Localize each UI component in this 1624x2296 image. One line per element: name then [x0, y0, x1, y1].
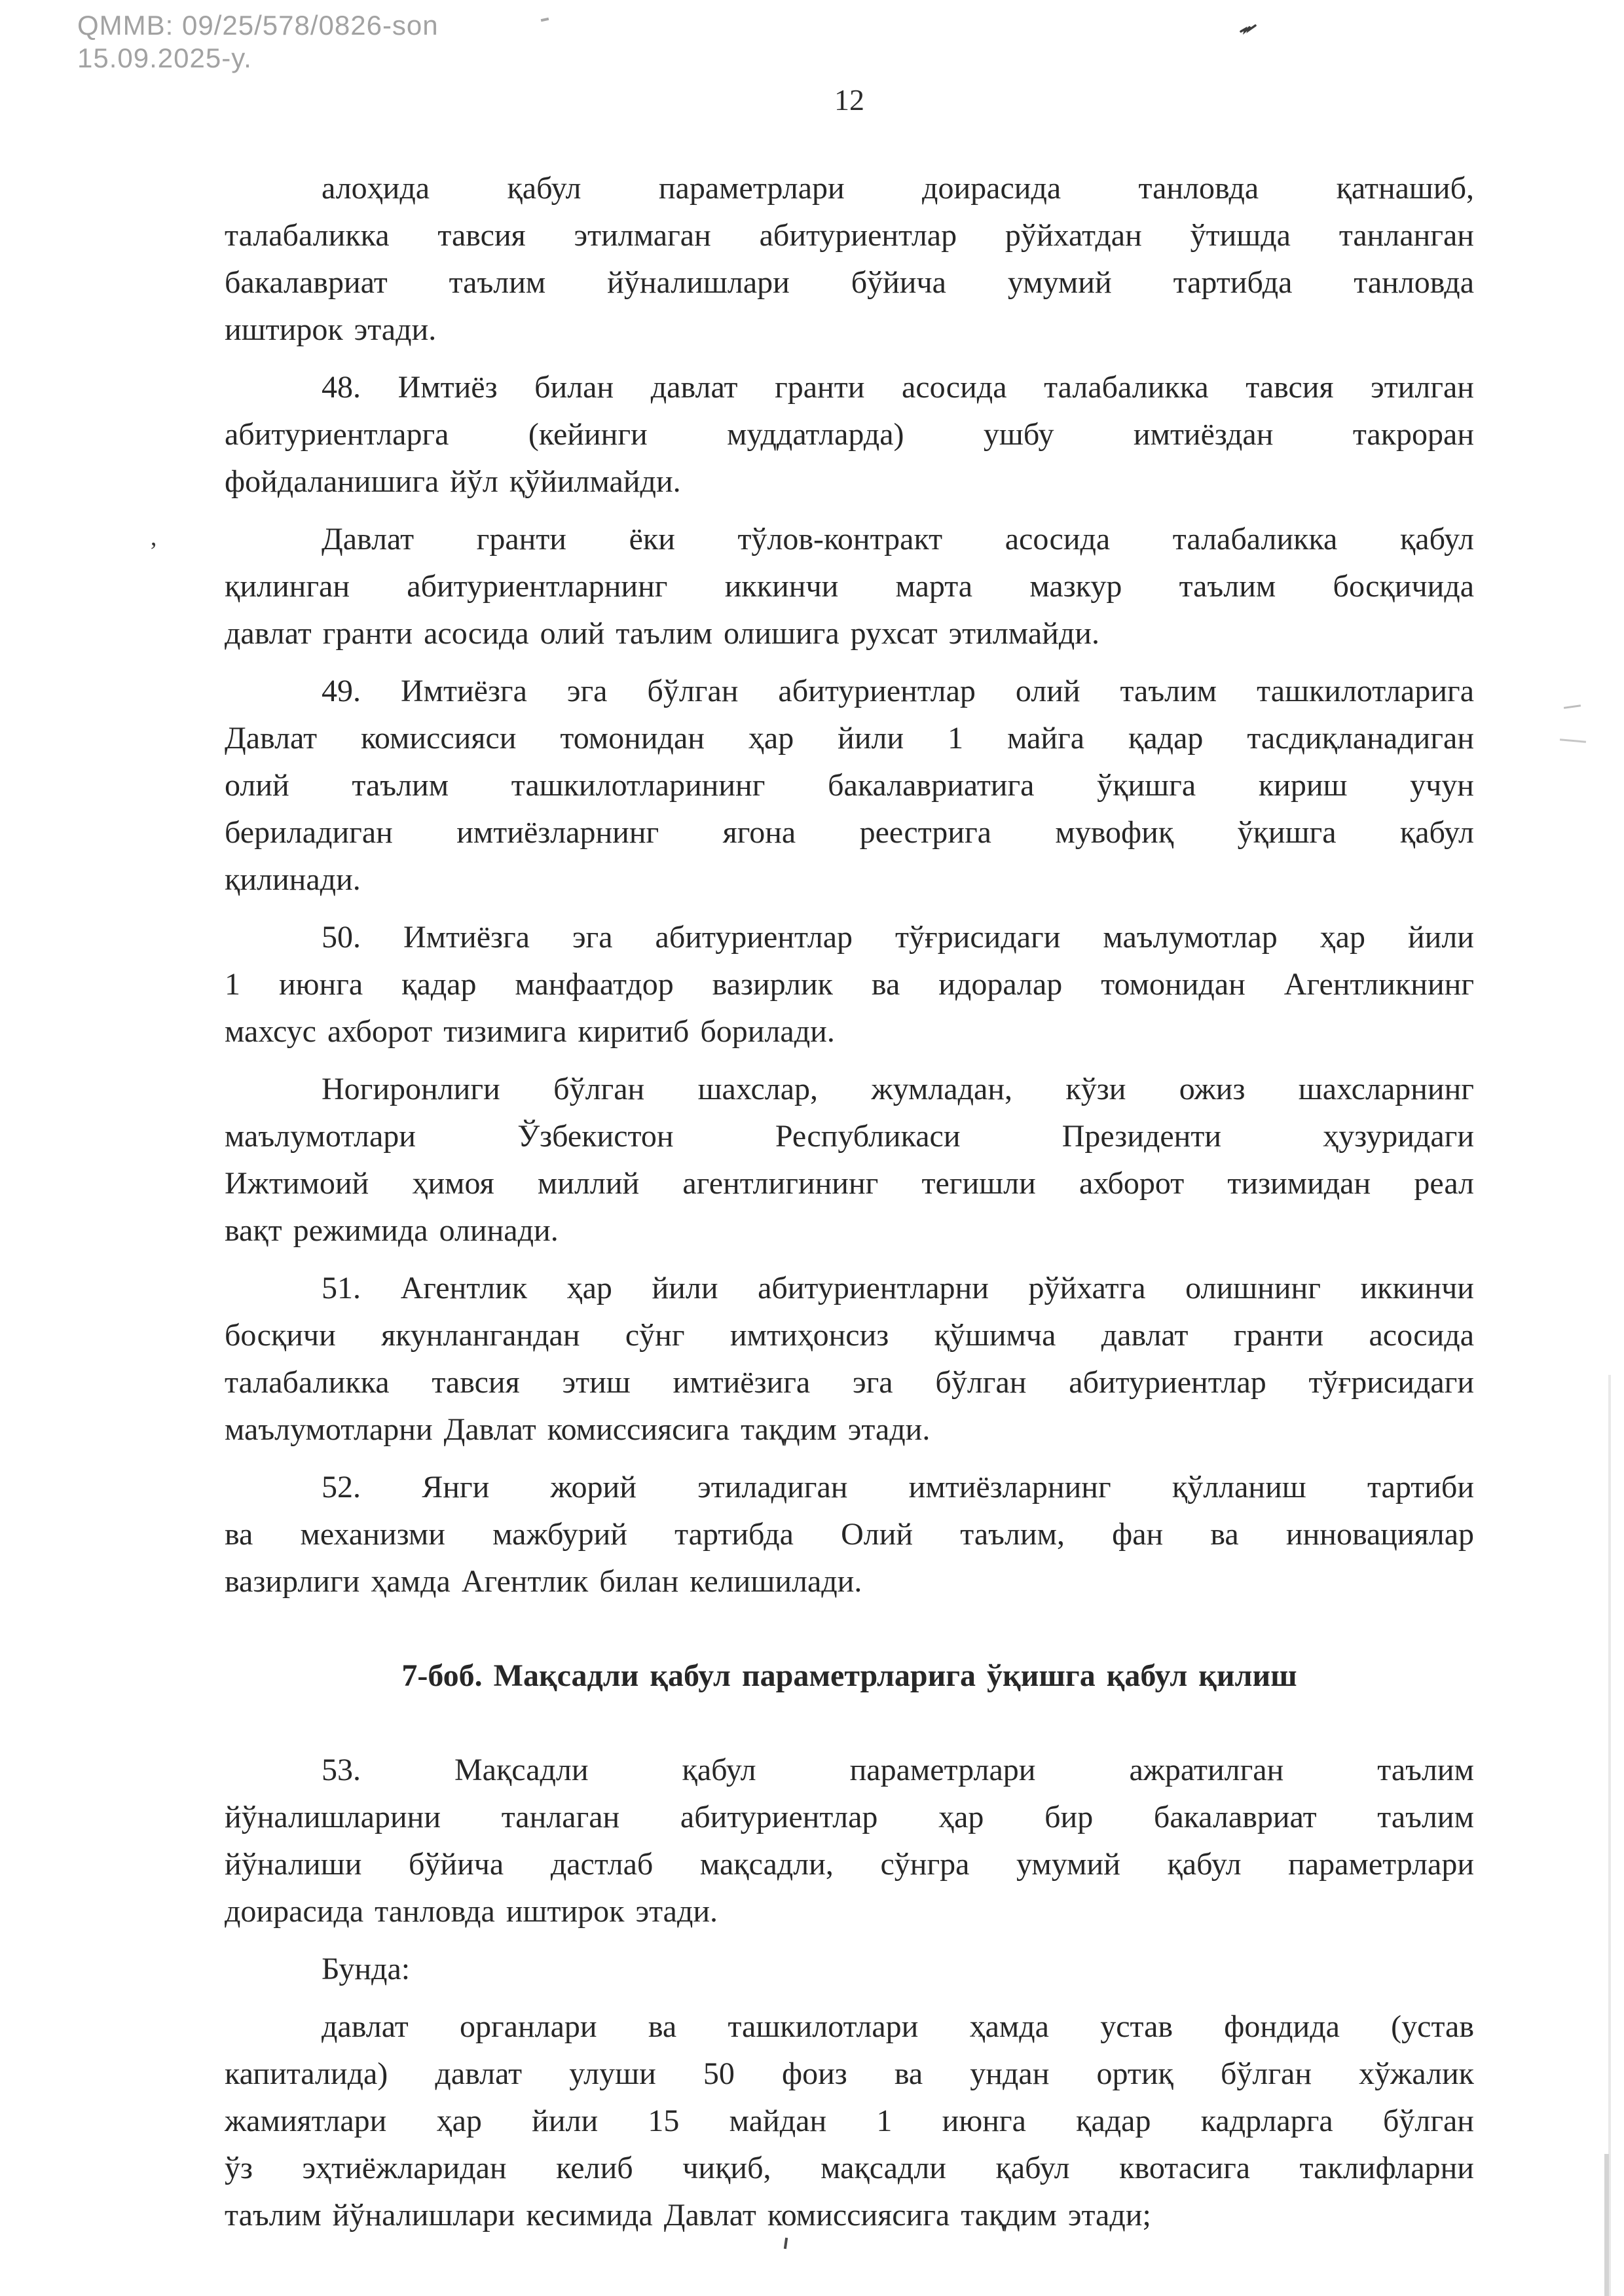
paragraph-line: олий таълим ташкилотларининг бакалавриат…: [225, 762, 1474, 809]
stamp-registration-number: QMMB: 09/25/578/0826-son: [77, 9, 439, 42]
chapter-heading-line: 7-боб. Мақсадли қабул параметрларига ўқи…: [225, 1652, 1474, 1700]
paragraph: давлат органлари ва ташкилотлари ҳамда у…: [225, 2003, 1474, 2239]
paragraph-line: бакалавриат таълим йўналишлари бўйича ум…: [225, 259, 1474, 306]
paragraph: Давлат гранти ёки тўлов-контракт асосида…: [225, 516, 1474, 657]
paragraph-line: жамиятлари ҳар йили 15 майдан 1 июнга қа…: [225, 2098, 1474, 2145]
paragraph-line: босқичи якунлангандан сўнг имтиҳонсиз қў…: [225, 1312, 1474, 1359]
scan-pen-mark: [1240, 22, 1259, 35]
scan-edge-line-light: [1608, 1375, 1611, 2296]
paragraph: 51. Агентлик ҳар йили абитуриентларни рў…: [225, 1265, 1474, 1453]
paragraph-line: давлат органлари ва ташкилотлари ҳамда у…: [225, 2003, 1474, 2050]
paragraph-line: Давлат комиссияси томонидан ҳар йили 1 м…: [225, 715, 1474, 762]
paragraph: 48. Имтиёз билан давлат гранти асосида т…: [225, 364, 1474, 505]
paragraph-line: маълумотлари Ўзбекистон Республикаси Пре…: [225, 1113, 1474, 1160]
paragraph-line: қилинади.: [225, 856, 1474, 903]
scan-speck-top: [541, 18, 549, 22]
paragraph-line: 1 июнга қадар манфаатдор вазирлик ва идо…: [225, 961, 1474, 1008]
paragraph-line: йўналиши бўйича дастлаб мақсадли, сўнгра…: [225, 1841, 1474, 1888]
scan-speck-left-margin: ’: [149, 537, 158, 566]
paragraph-line: вақт режимида олинади.: [225, 1207, 1474, 1254]
paragraph: Бунда:: [225, 1946, 1474, 1993]
paragraph-line: вазирлиги ҳамда Агентлик билан келишилад…: [225, 1558, 1474, 1605]
paragraph-line: таълим йўналишлари кесимида Давлат комис…: [225, 2192, 1474, 2239]
page-number: 12: [225, 82, 1474, 117]
paragraph-line: капиталида) давлат улуши 50 фоиз ва унда…: [225, 2050, 1474, 2098]
paragraph: 53. Мақсадли қабул параметрлари ажратилг…: [225, 1747, 1474, 1935]
scanned-document-page: QMMB: 09/25/578/0826-son 15.09.2025-y. 1…: [0, 0, 1624, 2296]
paragraph-line: ўз эҳтиёжларидан келиб чиқиб, мақсадли қ…: [225, 2145, 1474, 2192]
chapter-heading: 7-боб. Мақсадли қабул параметрларига ўқи…: [225, 1652, 1474, 1700]
paragraph-line: қилинган абитуриентларнинг иккинчи марта…: [225, 563, 1474, 610]
paragraph: 50. Имтиёзга эга абитуриентлар тўғрисида…: [225, 914, 1474, 1055]
paragraph-line: давлат гранти асосида олий таълим олишиг…: [225, 610, 1474, 657]
paragraph-line: Давлат гранти ёки тўлов-контракт асосида…: [225, 516, 1474, 563]
paragraph-line: Ногиронлиги бўлган шахслар, жумладан, кў…: [225, 1066, 1474, 1113]
paragraph-line: 49. Имтиёзга эга бўлган абитуриентлар ол…: [225, 668, 1474, 715]
paragraph-line: ва механизми мажбурий тартибда Олий таъл…: [225, 1511, 1474, 1558]
paragraph-line: йўналишларини танлаган абитуриентлар ҳар…: [225, 1794, 1474, 1841]
paragraph-line: Бунда:: [225, 1946, 1474, 1993]
paragraph-line: 52. Янги жорий этиладиган имтиёзларнинг …: [225, 1464, 1474, 1511]
scan-smudge-right-1: [1564, 704, 1581, 709]
paragraph-line: маълумотларни Давлат комиссиясига тақдим…: [225, 1406, 1474, 1453]
paragraph-line: Ижтимоий ҳимоя миллий агентлигининг теги…: [225, 1160, 1474, 1207]
scan-edge-line-dark: [1604, 2154, 1609, 2296]
paragraph-line: абитуриентларга (кейинги муддатларда) уш…: [225, 411, 1474, 458]
registration-stamp: QMMB: 09/25/578/0826-son 15.09.2025-y.: [77, 9, 439, 75]
paragraph-line: талабаликка тавсия этилмаган абитуриентл…: [225, 212, 1474, 259]
paragraph-line: фойдаланишига йўл қўйилмайди.: [225, 458, 1474, 505]
paragraph-line: талабаликка тавсия этиш имтиёзига эга бў…: [225, 1359, 1474, 1406]
paragraph-line: алоҳида қабул параметрлари доирасида тан…: [225, 165, 1474, 212]
paragraph-line: махсус ахборот тизимига киритиб борилади…: [225, 1008, 1474, 1055]
scan-smudge-right-2: [1560, 738, 1586, 742]
paragraph: Ногиронлиги бўлган шахслар, жумладан, кў…: [225, 1066, 1474, 1254]
paragraph-line: 53. Мақсадли қабул параметрлари ажратилг…: [225, 1747, 1474, 1794]
document-body: алоҳида қабул параметрлари доирасида тан…: [225, 165, 1474, 2239]
scan-speck-bottom: [784, 2238, 788, 2249]
paragraph-line: 48. Имтиёз билан давлат гранти асосида т…: [225, 364, 1474, 411]
paragraph-line: 50. Имтиёзга эга абитуриентлар тўғрисида…: [225, 914, 1474, 961]
paragraph-line: бериладиган имтиёзларнинг ягона реестриг…: [225, 809, 1474, 856]
stamp-date: 15.09.2025-y.: [77, 42, 439, 75]
paragraph-line: иштирок этади.: [225, 306, 1474, 354]
paragraph: 49. Имтиёзга эга бўлган абитуриентлар ол…: [225, 668, 1474, 903]
paragraph-line: 51. Агентлик ҳар йили абитуриентларни рў…: [225, 1265, 1474, 1312]
paragraph-line: доирасида танловда иштирок этади.: [225, 1888, 1474, 1935]
paragraph: 52. Янги жорий этиладиган имтиёзларнинг …: [225, 1464, 1474, 1605]
paragraph: алоҳида қабул параметрлари доирасида тан…: [225, 165, 1474, 354]
